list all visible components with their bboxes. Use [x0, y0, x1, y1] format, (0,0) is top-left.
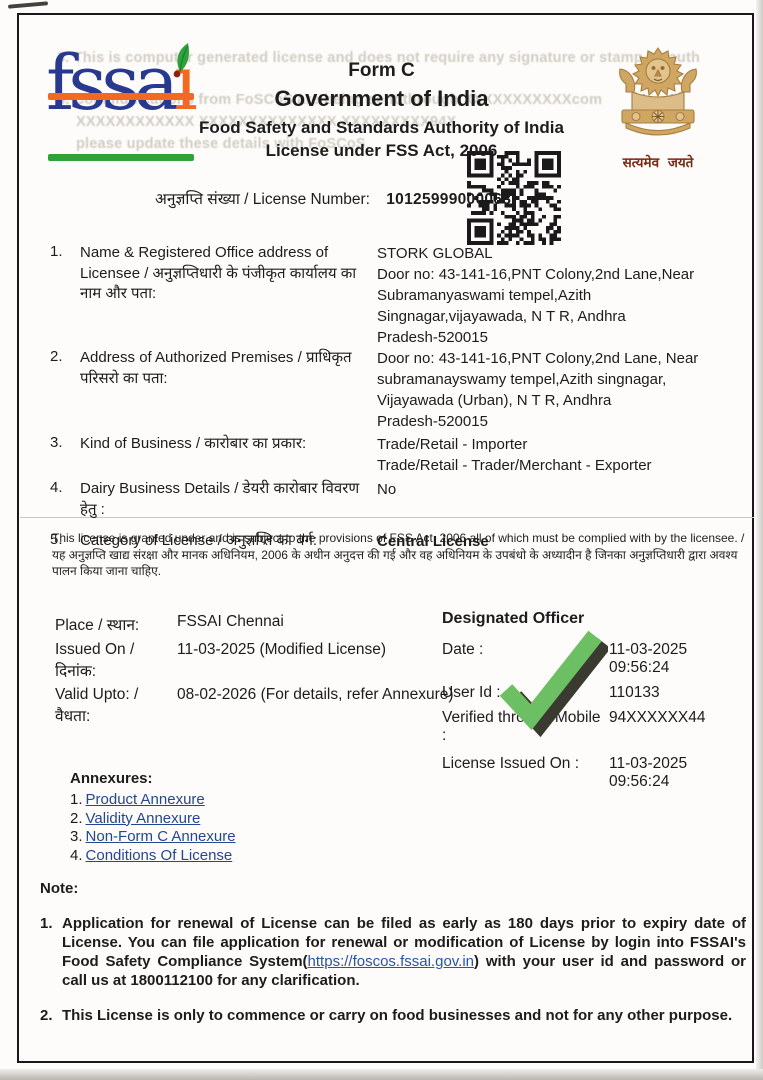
- annexure-number: 1.: [70, 791, 83, 808]
- annexure-number: 3.: [70, 828, 83, 845]
- license-number-row: अनुज्ञप्ति संख्या / License Number: 1012…: [155, 187, 511, 209]
- officer-value: 94XXXXXX44: [609, 709, 706, 745]
- field-value: Trade/Retail - ImporterTrade/Retail - Tr…: [377, 434, 750, 476]
- india-emblem: सत्यमेव जयते: [594, 44, 722, 171]
- annexure-number: 2.: [70, 810, 83, 827]
- issue-value: 08-02-2026 (For details, refer Annexure): [177, 686, 454, 726]
- field-label: Address of Authorized Premises / प्राधिक…: [80, 348, 377, 389]
- field-number: 3.: [50, 434, 80, 451]
- note-block: Note: 1. Application for renewal of Lice…: [40, 880, 746, 1041]
- fssai-logo-orange-bar: [48, 93, 194, 100]
- verified-check-icon: [488, 624, 608, 746]
- issue-row: Place / स्थान: FSSAI Chennai: [55, 613, 454, 635]
- annexure-link[interactable]: Conditions Of License: [86, 847, 233, 864]
- field-number: 2.: [50, 348, 80, 365]
- issue-value: 11-03-2025 (Modified License): [177, 641, 386, 681]
- issue-details: Place / स्थान: FSSAI Chennai Issued On /…: [55, 613, 454, 732]
- license-grant-text: This license is granted under and is sub…: [52, 530, 746, 580]
- annexures-block: Annexures: 1.Product Annexure 2.Validity…: [70, 770, 236, 865]
- officer-value: 11-03-2025 09:56:24: [609, 641, 747, 677]
- field-row: 2. Address of Authorized Premises / प्रा…: [50, 348, 750, 432]
- annexure-item: 1.Product Annexure: [70, 791, 236, 810]
- form-title: Form C: [180, 60, 583, 82]
- officer-label: License Issued On :: [442, 755, 609, 791]
- annexure-link[interactable]: Validity Annexure: [86, 810, 201, 827]
- field-number: 4.: [50, 479, 80, 496]
- field-label: Kind of Business / कारोबार का प्रकार:: [80, 434, 377, 455]
- issue-value: FSSAI Chennai: [177, 613, 284, 635]
- fssai-logo: fssaı: [46, 46, 202, 168]
- issue-label: Place / स्थान:: [55, 613, 177, 635]
- certificate-header: Form C Government of India Food Safety a…: [180, 60, 583, 161]
- qr-code: [467, 150, 561, 246]
- note-item-text: This License is only to commence or carr…: [62, 1006, 746, 1025]
- annexure-link[interactable]: Product Annexure: [86, 791, 205, 808]
- emblem-motto: सत्यमेव जयते: [594, 153, 722, 171]
- field-value: STORK GLOBALDoor no: 43-141-16,PNT Colon…: [377, 243, 750, 348]
- scanned-certificate: { "header": { "form_title": "Form C", "g…: [0, 0, 763, 1080]
- issue-row: Issued On / दिनांक: 11-03-2025 (Modified…: [55, 641, 454, 681]
- field-row: 3. Kind of Business / कारोबार का प्रकार:…: [50, 434, 750, 476]
- note-item-2: 2. This License is only to commence or c…: [40, 1006, 746, 1025]
- fssai-logo-green-bar: [48, 154, 194, 161]
- annexures-title: Annexures:: [70, 770, 236, 787]
- officer-value: 110133: [609, 684, 660, 702]
- fields-table: 1. Name & Registered Office address of L…: [50, 243, 750, 552]
- annexure-item: 2.Validity Annexure: [70, 810, 236, 829]
- field-row: 1. Name & Registered Office address of L…: [50, 243, 750, 348]
- note-item-1: 1. Application for renewal of License ca…: [40, 914, 746, 990]
- annexure-number: 4.: [70, 847, 83, 864]
- note-item-number: 2.: [40, 1006, 62, 1025]
- annexure-item: 4.Conditions Of License: [70, 847, 236, 866]
- field-label: Dairy Business Details / डेयरी कारोबार व…: [80, 479, 377, 520]
- field-value: Door no: 43-141-16,PNT Colony,2nd Lane, …: [377, 348, 750, 432]
- officer-row: License Issued On : 11-03-2025 09:56:24: [442, 755, 747, 791]
- note-title: Note:: [40, 880, 746, 897]
- scan-edge-bottom: [0, 1069, 763, 1080]
- note-item-number: 1.: [40, 914, 62, 990]
- issue-row: Valid Upto: / वैधता: 08-02-2026 (For det…: [55, 686, 454, 726]
- scan-edge-right: [756, 0, 763, 1080]
- gov-title: Government of India: [180, 86, 583, 112]
- field-value: No: [377, 479, 750, 500]
- field-row: 4. Dairy Business Details / डेयरी कारोबा…: [50, 479, 750, 520]
- annexure-link[interactable]: Non-Form C Annexure: [86, 828, 236, 845]
- foscos-link[interactable]: https://foscos.fssai.gov.in: [308, 953, 474, 970]
- field-label: Name & Registered Office address of Lice…: [80, 243, 377, 305]
- field-number: 1.: [50, 243, 80, 260]
- note-item-text: Application for renewal of License can b…: [62, 914, 746, 990]
- issue-label: Issued On / दिनांक:: [55, 641, 177, 681]
- issue-label: Valid Upto: / वैधता:: [55, 686, 177, 726]
- lion-capital-icon: [606, 44, 710, 146]
- license-number-label: अनुज्ञप्ति संख्या / License Number:: [155, 191, 370, 208]
- officer-value: 11-03-2025 09:56:24: [609, 755, 747, 791]
- annexure-item: 3.Non-Form C Annexure: [70, 828, 236, 847]
- scan-fold-artifact: [8, 1, 48, 8]
- authority-title: Food Safety and Standards Authority of I…: [180, 118, 583, 138]
